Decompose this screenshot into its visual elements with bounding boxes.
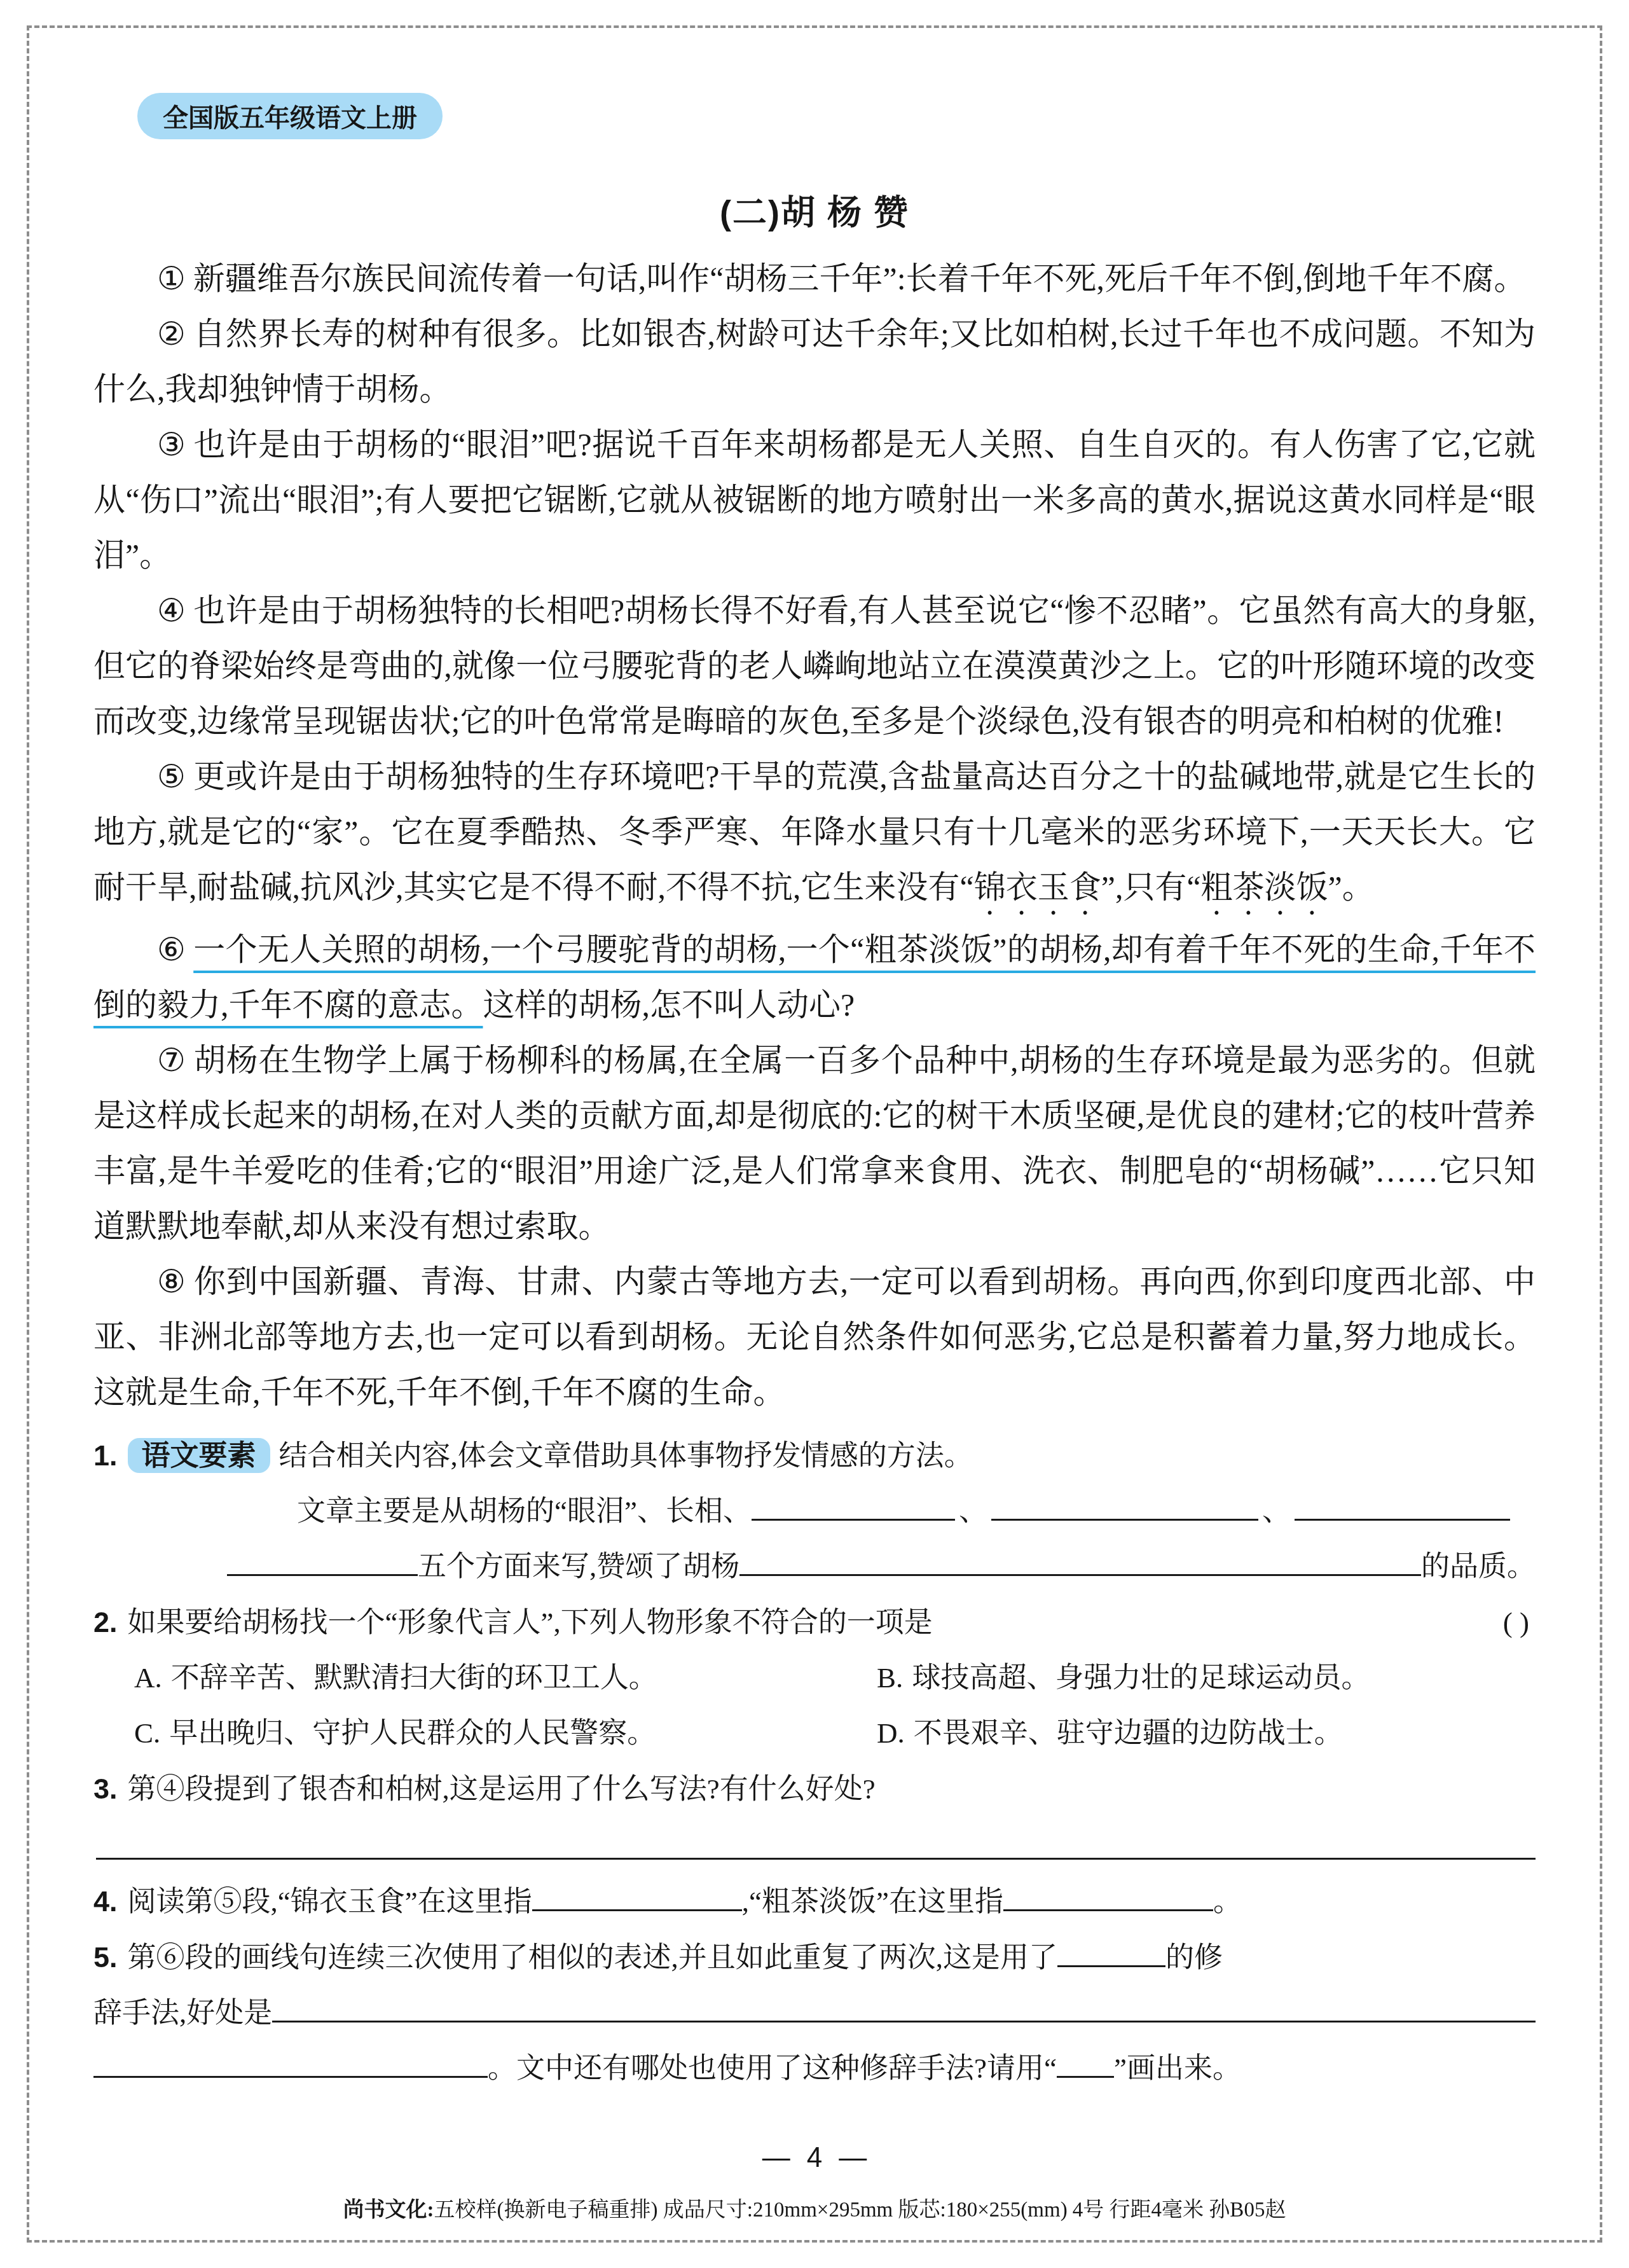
question-1-text: 结合相关内容,体会文章借助具体事物抒发情感的方法。 bbox=[279, 1440, 973, 1472]
keyword-badge: 语文要素 bbox=[128, 1438, 270, 1473]
paragraph-text: 也许是由于胡杨独特的长相吧?胡杨长得不好看,有人甚至说它“惨不忍睹”。它虽然有高… bbox=[93, 593, 1536, 739]
question-5-line-3: 。文中还有哪处也使用了这种修辞手法?请用“”画出来。 bbox=[93, 2041, 1536, 2096]
paragraph-text: 新疆维吾尔族民间流传着一句话,叫作“胡杨三千年”:长着千年不死,死后千年不倒,倒… bbox=[193, 261, 1526, 296]
question-number: 5. bbox=[93, 1930, 118, 1985]
option-text: 不畏艰辛、驻守边疆的边防战士。 bbox=[914, 1706, 1343, 1761]
option-c: C.早出晚归、守护人民群众的人民警察。 bbox=[134, 1706, 877, 1761]
reading-passage: ①新疆维吾尔族民间流传着一句话,叫作“胡杨三千年”:长着千年不死,死后千年不倒,… bbox=[93, 251, 1536, 1420]
question-5-line-1: 5. 第⑥段的画线句连续三次使用了相似的表述,并且如此重复了两次,这是用了的修 bbox=[93, 1930, 1536, 1986]
paragraph-number: ④ bbox=[157, 593, 186, 628]
fill-text: 。文中还有哪处也使用了这种修辞手法?请用“ bbox=[488, 2041, 1057, 2096]
page-number-dash-right: — bbox=[839, 2142, 867, 2174]
fill-separator: 、 bbox=[1258, 1484, 1295, 1539]
answer-blank bbox=[1057, 1958, 1165, 1967]
fill-text: 五个方面来写,赞颂了胡杨 bbox=[418, 1539, 739, 1594]
question-text: 如果要给胡杨找一个“形象代言人”,下列人物形象不符合的一项是 bbox=[128, 1595, 933, 1650]
paragraph-8: ⑧你到中国新疆、青海、甘肃、内蒙古等地方去,一定可以看到胡杨。再向西,你到印度西… bbox=[93, 1254, 1536, 1420]
question-number: 3. bbox=[93, 1761, 118, 1816]
paragraph-text: 这样的胡杨,怎不叫人动心? bbox=[483, 987, 855, 1023]
option-label: C. bbox=[134, 1706, 160, 1761]
paragraph-text: 自然界长寿的树种有很多。比如银杏,树龄可达千余年;又比如柏树,长过千年也不成问题… bbox=[93, 316, 1536, 407]
question-4: 4. 阅读第⑤段,“锦衣玉食”在这里指,“粗茶淡饭”在这里指。 bbox=[93, 1874, 1536, 1930]
option-label: B. bbox=[877, 1650, 903, 1706]
question-text: 第⑥段的画线句连续三次使用了相似的表述,并且如此重复了两次,这是用了的修 bbox=[128, 1930, 1223, 1986]
paragraph-text: 胡杨在生物学上属于杨柳科的杨属,在全属一百多个品种中,胡杨的生存环境是最为恶劣的… bbox=[93, 1042, 1536, 1244]
question-1-fill-line-2: 五个方面来写,赞颂了胡杨的品质。 bbox=[227, 1539, 1536, 1594]
question-text: 阅读第⑤段,“锦衣玉食”在这里指,“粗茶淡饭”在这里指。 bbox=[128, 1874, 1242, 1930]
paragraph-text: 你到中国新疆、青海、甘肃、内蒙古等地方去,一定可以看到胡杨。再向西,你到印度西北… bbox=[93, 1264, 1536, 1410]
question-text: 语文要素结合相关内容,体会文章借助具体事物抒发情感的方法。 bbox=[128, 1428, 973, 1484]
paragraph-number: ① bbox=[157, 261, 186, 296]
paragraph-text: 也许是由于胡杨的“眼泪”吧?据说千百年来胡杨都是无人关照、自生自灭的。有人伤害了… bbox=[93, 427, 1536, 573]
answer-blank bbox=[532, 1902, 742, 1911]
fill-text: 第⑥段的画线句连续三次使用了相似的表述,并且如此重复了两次,这是用了 bbox=[128, 1942, 1058, 1974]
option-b: B.球技高超、身强力壮的足球运动员。 bbox=[877, 1650, 1536, 1706]
paragraph-number: ③ bbox=[157, 427, 186, 462]
option-text: 球技高超、身强力壮的足球运动员。 bbox=[912, 1650, 1370, 1706]
option-text: 早出晚归、守护人民群众的人民警察。 bbox=[169, 1706, 656, 1761]
paragraph-text: ”,只有“ bbox=[1101, 869, 1201, 905]
answer-blank bbox=[1003, 1902, 1213, 1911]
question-2-options: A.不辞辛苦、默默清扫大街的环卫工人。 B.球技高超、身强力壮的足球运动员。 C… bbox=[93, 1650, 1536, 1761]
fill-text: ”画出来。 bbox=[1114, 2041, 1241, 2096]
footer-imprint: 尚书文化:五校样(换新电子稿重排) 成品尺寸:210mm×295mm 版芯:18… bbox=[0, 2193, 1629, 2223]
question-text: 第④段提到了银杏和柏树,这是运用了什么写法?有什么好处? bbox=[128, 1762, 876, 1817]
paragraph-6: ⑥一个无人关照的胡杨,一个弓腰驼背的胡杨,一个“粗茶淡饭”的胡杨,却有着千年不死… bbox=[93, 922, 1536, 1033]
option-a: A.不辞辛苦、默默清扫大街的环卫工人。 bbox=[134, 1650, 877, 1706]
answer-blank bbox=[272, 2013, 1536, 2023]
question-1: 1. 语文要素结合相关内容,体会文章借助具体事物抒发情感的方法。 bbox=[93, 1428, 1536, 1484]
option-text: 不辞辛苦、默默清扫大街的环卫工人。 bbox=[171, 1650, 657, 1706]
paragraph-text: ”。 bbox=[1328, 869, 1374, 905]
fill-text: 。 bbox=[1213, 1886, 1242, 1918]
imprint-publisher: 尚书文化: bbox=[343, 2199, 434, 2222]
fill-text: 阅读第⑤段,“锦衣玉食”在这里指 bbox=[128, 1886, 532, 1918]
fill-separator: 、 bbox=[955, 1484, 991, 1539]
paragraph-number: ② bbox=[157, 316, 186, 352]
answer-line bbox=[96, 1817, 1536, 1860]
fill-text: 辞手法,好处是 bbox=[93, 1986, 272, 2041]
question-1-fill-line-1: 文章主要是从胡杨的“眼泪”、长相、、、 bbox=[297, 1484, 1536, 1539]
paragraph-2: ②自然界长寿的树种有很多。比如银杏,树龄可达千余年;又比如柏树,长过千年也不成问… bbox=[93, 307, 1536, 417]
paragraph-1: ①新疆维吾尔族民间流传着一句话,叫作“胡杨三千年”:长着千年不死,死后千年不倒,… bbox=[93, 251, 1536, 307]
page-number-value: 4 bbox=[807, 2142, 822, 2174]
answer-blank bbox=[991, 1511, 1258, 1521]
answer-blank bbox=[739, 1566, 1421, 1576]
emphasized-term: 锦衣玉食 bbox=[974, 869, 1101, 905]
paragraph-4: ④也许是由于胡杨独特的长相吧?胡杨长得不好看,有人甚至说它“惨不忍睹”。它虽然有… bbox=[93, 583, 1536, 749]
option-label: A. bbox=[134, 1650, 162, 1706]
option-d: D.不畏艰辛、驻守边疆的边防战士。 bbox=[877, 1706, 1536, 1761]
paragraph-number: ⑦ bbox=[157, 1042, 186, 1078]
paragraph-number: ⑧ bbox=[157, 1264, 186, 1299]
paragraph-3: ③也许是由于胡杨的“眼泪”吧?据说千百年来胡杨都是无人关照、自生自灭的。有人伤害… bbox=[93, 417, 1536, 583]
answer-parentheses: ( ) bbox=[1503, 1595, 1536, 1650]
edition-badge: 全国版五年级语文上册 bbox=[137, 93, 443, 139]
fill-text: 的品质。 bbox=[1421, 1539, 1536, 1594]
answer-blank bbox=[752, 1511, 955, 1521]
answer-blank bbox=[1057, 2068, 1114, 2078]
answer-blank bbox=[93, 2068, 488, 2078]
paragraph-5: ⑤更或许是由于胡杨独特的生存环境吧?干旱的荒漠,含盐量高达百分之十的盐碱地带,就… bbox=[93, 749, 1536, 922]
emphasized-term: 粗茶淡饭 bbox=[1201, 869, 1328, 905]
page-number-dash-left: — bbox=[762, 2142, 790, 2174]
fill-text: ,“粗茶淡饭”在这里指 bbox=[742, 1886, 1003, 1918]
option-label: D. bbox=[877, 1706, 905, 1761]
question-3: 3. 第④段提到了银杏和柏树,这是运用了什么写法?有什么好处? bbox=[93, 1761, 1536, 1817]
answer-blank bbox=[227, 1566, 418, 1576]
fill-text: 文章主要是从胡杨的“眼泪”、长相、 bbox=[297, 1484, 752, 1539]
question-number: 2. bbox=[93, 1594, 118, 1650]
question-number: 4. bbox=[93, 1874, 118, 1929]
fill-text: 的修 bbox=[1165, 1942, 1223, 1974]
imprint-details: 五校样(换新电子稿重排) 成品尺寸:210mm×295mm 版芯:180×255… bbox=[434, 2199, 1286, 2222]
question-2: 2. 如果要给胡杨找一个“形象代言人”,下列人物形象不符合的一项是 ( ) bbox=[93, 1594, 1536, 1650]
paragraph-number: ⑥ bbox=[157, 932, 186, 967]
page-number: — 4 — bbox=[0, 2142, 1629, 2174]
question-5-line-2: 辞手法,好处是 bbox=[93, 1986, 1536, 2041]
page-title: (二)胡 杨 赞 bbox=[93, 186, 1536, 235]
paragraph-7: ⑦胡杨在生物学上属于杨柳科的杨属,在全属一百多个品种中,胡杨的生存环境是最为恶劣… bbox=[93, 1033, 1536, 1254]
page-content: (二)胡 杨 赞 ①新疆维吾尔族民间流传着一句话,叫作“胡杨三千年”:长着千年不… bbox=[93, 186, 1536, 2096]
question-section: 1. 语文要素结合相关内容,体会文章借助具体事物抒发情感的方法。 文章主要是从胡… bbox=[93, 1428, 1536, 2096]
question-number: 1. bbox=[93, 1428, 118, 1483]
answer-blank bbox=[1295, 1511, 1510, 1521]
paragraph-number: ⑤ bbox=[157, 759, 186, 794]
